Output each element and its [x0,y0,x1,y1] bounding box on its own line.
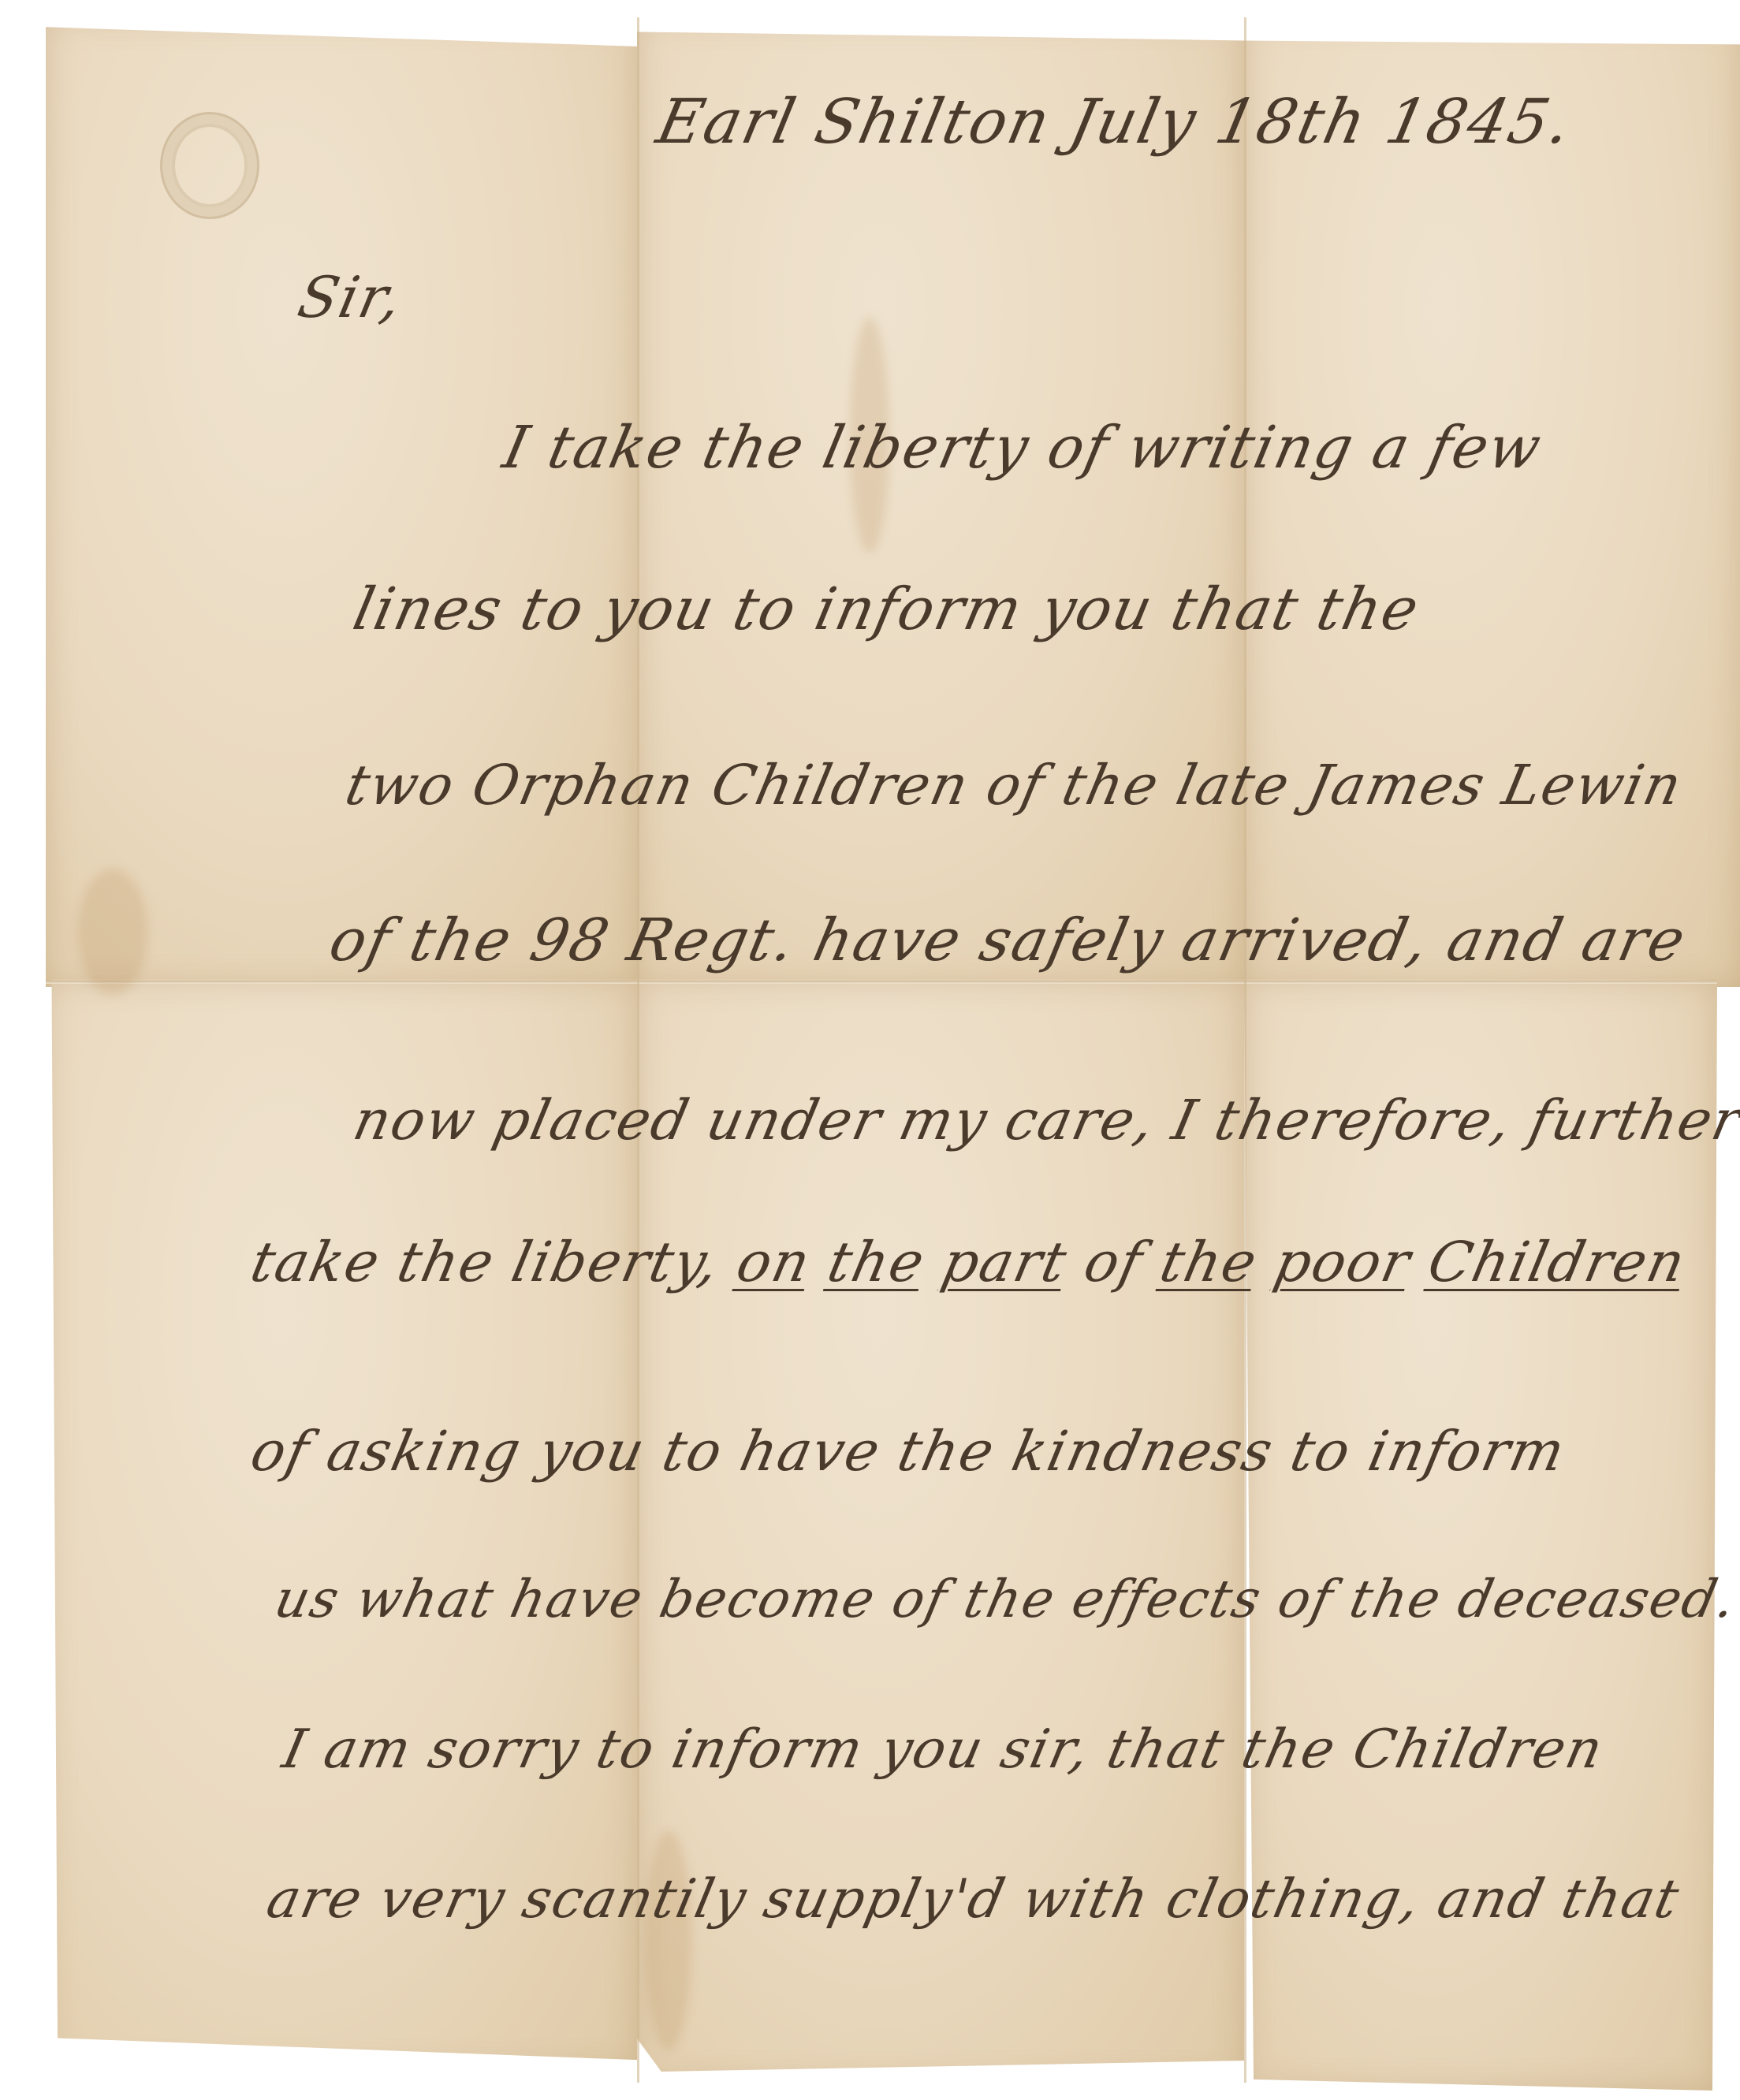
underlined-word: the [1155,1230,1264,1294]
paper-panel-top-middle [637,17,1244,987]
horizontal-fold [46,981,1717,984]
dateline: Earl Shilton July 18th 1845. [650,87,1578,158]
letter-line: us what have become of the effects of th… [270,1569,1740,1629]
salutation: Sir, [292,264,409,330]
water-stain [645,1830,692,2051]
underlined-word: poor [1269,1230,1418,1294]
underlined-word: Children [1422,1230,1692,1294]
text-segment: take the liberty, [245,1230,745,1294]
letter-line: I am sorry to inform you sir, that the C… [278,1718,1610,1781]
letter-line: are very scantily supply'd with clothing… [262,1868,1686,1931]
letter-line: now placed under my care, I therefore, f… [348,1088,1740,1152]
underlined-word: the [822,1230,931,1294]
embossed-seal-icon [160,112,259,219]
paper-panel-top-right [1244,17,1740,987]
letter-line: lines to you to inform you that the [348,575,1426,643]
text-segment: of [1079,1230,1168,1294]
letter-line-underlined: take the liberty, on the part of the poo… [245,1230,1692,1294]
underlined-word: part [937,1230,1074,1294]
letter-line: of asking you to have the kindness to in… [245,1419,1571,1484]
letter-line: of the 98 Regt. have safely arrived, and… [324,907,1692,974]
letter-line: I take the liberty of writing a few [497,414,1548,482]
underlined-word: on [731,1230,817,1294]
paper-panel-top-left [46,17,637,987]
letter-line: two Orphan Children of the late James Le… [340,753,1688,817]
water-stain [77,869,148,995]
